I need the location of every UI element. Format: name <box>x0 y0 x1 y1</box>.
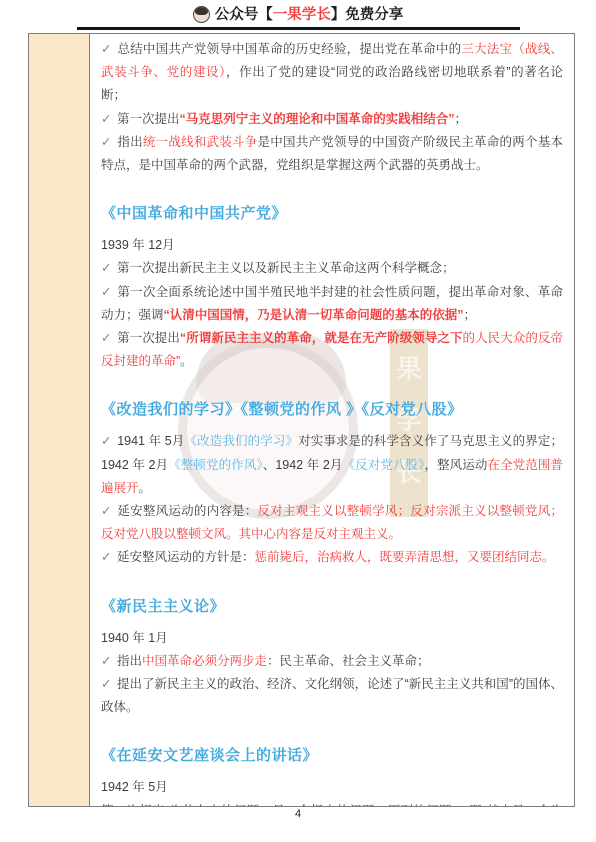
paragraph: ✓ 1941 年 5月《改造我们的学习》对实事求是的科学含义作了马克思主义的界定… <box>101 430 563 500</box>
check-icon: ✓ <box>101 434 115 448</box>
text-segment-red: 统一战线和武装斗争 <box>143 135 258 149</box>
paragraph: ✓ 总结中国共产党领导中国革命的历史经验，提出党在革命中的三大法宝（战线、武装斗… <box>101 38 563 108</box>
notes-table: 公众号 果 学 长 ✓ 总结中国共产党领导中国革命的历史经验，提出党在革命中的三… <box>28 33 575 807</box>
section: 《改造我们的学习》《整顿党的作风 》《反对党八股》✓ 1941 年 5月《改造我… <box>101 398 563 569</box>
page-number: 4 <box>0 807 596 821</box>
section-date: 1942 年 5月 <box>101 776 563 799</box>
account-avatar-icon <box>193 6 210 23</box>
text-segment-normal: ； <box>464 308 477 322</box>
section-title: 《在延安文艺座谈会上的讲话》 <box>101 744 563 768</box>
paragraph: ✓ 延安整风运动的内容是：反对主观主义以整顿学风；反对宗派主义以整顿党风；反对党… <box>101 500 563 546</box>
text-segment-blue: 《反对党八股》 <box>343 458 425 472</box>
text-segment-normal: 。 <box>180 354 193 368</box>
text-segment-normal: ：民主革命、社会主义革命； <box>267 654 430 668</box>
text-segment-normal: 、1942 年 2月 <box>263 458 343 472</box>
section-title: 《新民主主义论》 <box>101 595 563 619</box>
text-segment-normal: 第一次提出 <box>117 331 180 345</box>
text-segment-normal: 1941 年 5月 <box>117 434 184 448</box>
section-title: 《改造我们的学习》《整顿党的作风 》《反对党八股》 <box>101 398 563 422</box>
text-segment-redbold: “所谓新民主主义的革命，就是在无产阶级领导之下 <box>180 331 463 345</box>
check-icon: ✓ <box>101 504 115 518</box>
text-segment-normal: 第一次提出 <box>117 112 180 126</box>
table-left-column <box>29 34 90 806</box>
text-segment-normal: 。 <box>139 481 152 495</box>
paragraph: ✓ 第一次提出新民主主义以及新民主主义革命这两个科学概念； <box>101 257 563 280</box>
check-icon: ✓ <box>101 42 115 56</box>
text-segment-normal: 延安整风运动的内容是： <box>117 504 257 518</box>
text-segment-normal: ； <box>454 112 467 126</box>
paragraph: ✓ 第一次提出“所谓新民主主义的革命，就是在无产阶级领导之下的人民大众的反帝反封… <box>101 327 563 373</box>
text-segment-red: 中国革命必须分两步走 <box>142 654 267 668</box>
check-icon: ✓ <box>101 677 115 691</box>
text-segment-redbold: “马克思列宁主义的理论和中国革命的实践相结合” <box>179 112 454 126</box>
text-segment-normal: 提出了新民主主义的政治、经济、文化纲领，论述了“新民主主义共和国”的国体、政体。 <box>101 677 563 714</box>
section-date: 1940 年 1月 <box>101 627 563 650</box>
paragraph: 第一次提出“为什么人的问题，是一个根本的问题，原则的问题”，即“基本是一个为群众… <box>101 800 563 806</box>
text-segment-blue: 《整顿党的作风》 <box>168 458 263 472</box>
check-icon: ✓ <box>101 261 115 275</box>
check-icon: ✓ <box>101 550 115 564</box>
text-segment-blue: 《改造我们的学习》 <box>185 434 299 448</box>
section-date: 1939 年 12月 <box>101 234 563 257</box>
text-segment-normal: 指出 <box>117 654 142 668</box>
text-segment-normal: 指出 <box>117 135 142 149</box>
header-title-highlight: 一果学长 <box>273 7 331 23</box>
text-segment-normal: ，整风运动 <box>424 458 487 472</box>
check-icon: ✓ <box>101 112 115 126</box>
paragraph: ✓ 第一次全面系统论述中国半殖民地半封建的社会性质问题，提出革命对象、革命动力；… <box>101 281 563 327</box>
header-title-suffix: 】免费分享 <box>331 7 404 23</box>
paragraph: ✓ 指出统一战线和武装斗争是中国共产党领导的中国资产阶级民主革命的两个基本特点，… <box>101 131 563 177</box>
paragraph: ✓ 提出了新民主主义的政治、经济、文化纲领，论述了“新民主主义共和国”的国体、政… <box>101 673 563 719</box>
text-segment-redbold: “认清中国国情，乃是认清一切革命问题的基本的依据” <box>164 308 464 322</box>
paragraph: ✓ 延安整风运动的方针是：惩前毙后，治病救人，既要弄清思想，又要团结同志。 <box>101 546 563 569</box>
header-title-prefix: 公众号【 <box>215 7 273 23</box>
section: ✓ 总结中国共产党领导中国革命的历史经验，提出党在革命中的三大法宝（战线、武装斗… <box>101 38 563 177</box>
check-icon: ✓ <box>101 285 115 299</box>
section: 《新民主主义论》1940 年 1月✓ 指出中国革命必须分两步走：民主革命、社会主… <box>101 595 563 720</box>
section: 《中国革命和中国共产党》1939 年 12月✓ 第一次提出新民主主义以及新民主主… <box>101 202 563 373</box>
section-title: 《中国革命和中国共产党》 <box>101 202 563 226</box>
check-icon: ✓ <box>101 135 115 149</box>
paragraph: ✓ 指出中国革命必须分两步走：民主革命、社会主义革命； <box>101 650 563 673</box>
text-segment-normal: 第一次提出“为什么人的问题，是一个根本的问题，原则的问题”，即“基本是一个为群众… <box>101 804 563 806</box>
text-segment-normal: 延安整风运动的方针是： <box>117 550 255 564</box>
paragraph: ✓ 第一次提出“马克思列宁主义的理论和中国革命的实践相结合”； <box>101 108 563 131</box>
section: 《在延安文艺座谈会上的讲话》1942 年 5月第一次提出“为什么人的问题，是一个… <box>101 744 563 806</box>
check-icon: ✓ <box>101 331 115 345</box>
content-sections: ✓ 总结中国共产党领导中国革命的历史经验，提出党在革命中的三大法宝（战线、武装斗… <box>101 38 563 806</box>
text-segment-red: 惩前毙后，治病救人，既要弄清思想，又要团结同志。 <box>254 550 554 564</box>
page-header: 公众号【一果学长】免费分享 <box>0 4 596 26</box>
text-segment-normal: 总结中国共产党领导中国革命的历史经验，提出党在革命中的 <box>117 42 461 56</box>
header-divider <box>77 27 520 30</box>
text-segment-normal: 第一次提出新民主主义以及新民主主义革命这两个科学概念； <box>117 261 455 275</box>
table-content-cell: 公众号 果 学 长 ✓ 总结中国共产党领导中国革命的历史经验，提出党在革命中的三… <box>90 34 574 806</box>
check-icon: ✓ <box>101 654 115 668</box>
